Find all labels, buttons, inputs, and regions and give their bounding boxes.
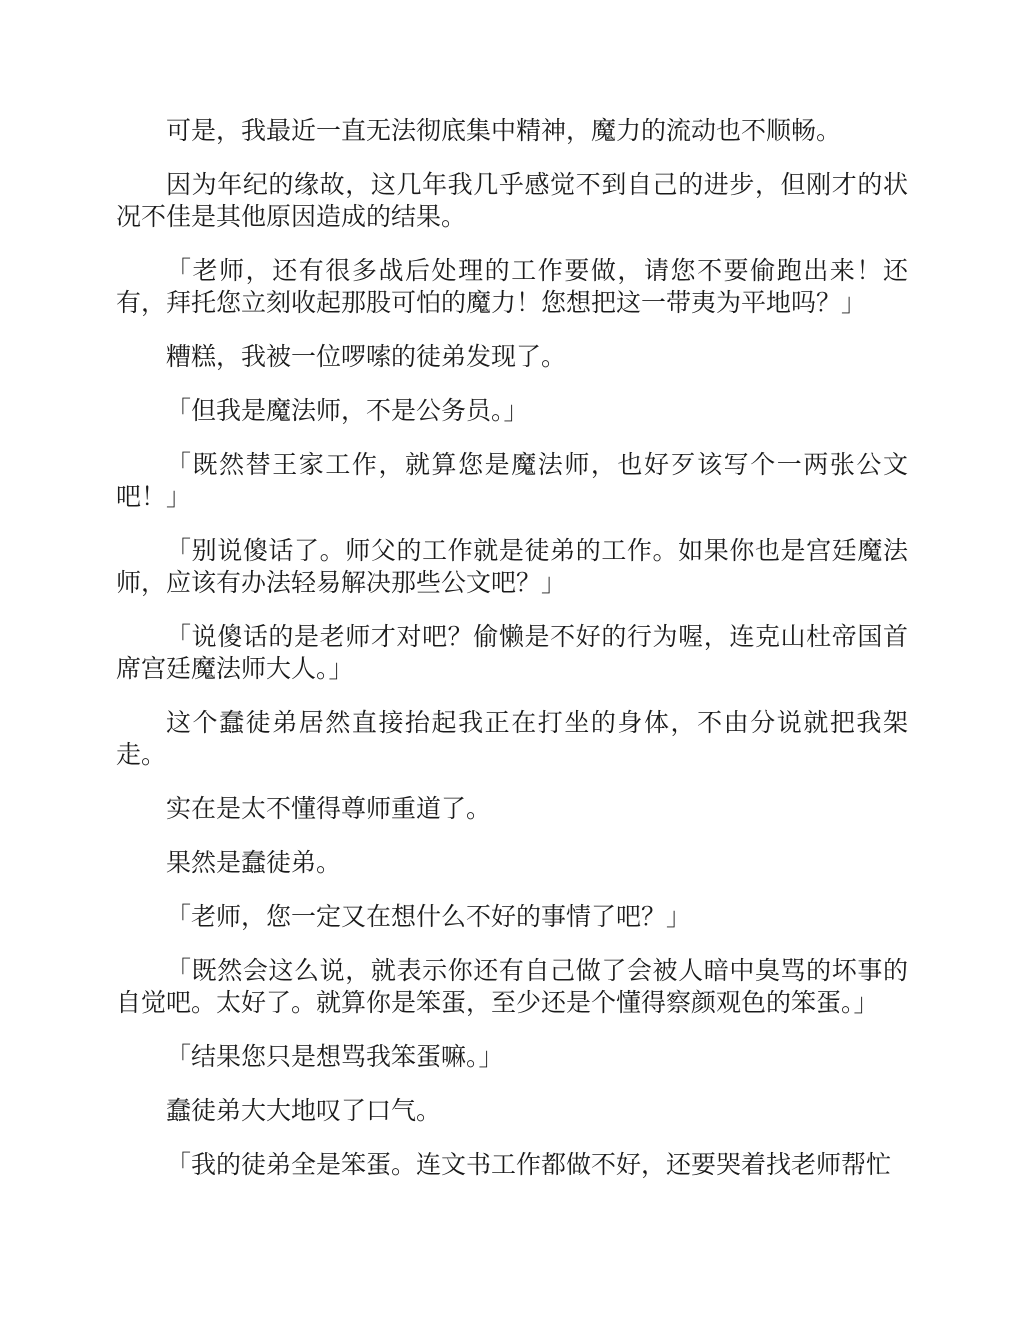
novel-page: 可是，我最近一直无法彻底集中精神，魔力的流动也不顺畅。因为年纪的缘故，这几年我几… [0,0,1020,1320]
paragraph: 可是，我最近一直无法彻底集中精神，魔力的流动也不顺畅。 [116,116,908,148]
paragraph: 因为年纪的缘故，这几年我几乎感觉不到自己的进步，但刚才的状况不佳是其他原因造成的… [116,170,908,234]
paragraph: 实在是太不懂得尊师重道了。 [116,794,908,826]
paragraph: 糟糕，我被一位啰嗦的徒弟发现了。 [116,342,908,374]
paragraph: 「结果您只是想骂我笨蛋嘛。」 [116,1042,908,1074]
paragraph: 「既然会这么说，就表示你还有自己做了会被人暗中臭骂的坏事的自觉吧。太好了。就算你… [116,956,908,1020]
paragraph: 「既然替王家工作，就算您是魔法师，也好歹该写个一两张公文吧！」 [116,450,908,514]
paragraph: 果然是蠢徒弟。 [116,848,908,880]
paragraph: 「但我是魔法师，不是公务员。」 [116,396,908,428]
paragraph: 「别说傻话了。师父的工作就是徒弟的工作。如果你也是宫廷魔法师，应该有办法轻易解决… [116,536,908,600]
paragraph: 「老师，还有很多战后处理的工作要做，请您不要偷跑出来！还有，拜托您立刻收起那股可… [116,256,908,320]
paragraph: 「老师，您一定又在想什么不好的事情了吧？」 [116,902,908,934]
paragraph: 「我的徒弟全是笨蛋。连文书工作都做不好，还要哭着找老师帮忙 [116,1150,908,1182]
paragraph: 蠢徒弟大大地叹了口气。 [116,1096,908,1128]
paragraph: 「说傻话的是老师才对吧？偷懒是不好的行为喔，连克山杜帝国首席宫廷魔法师大人。」 [116,622,908,686]
paragraph: 这个蠢徒弟居然直接抬起我正在打坐的身体，不由分说就把我架走。 [116,708,908,772]
text-content: 可是，我最近一直无法彻底集中精神，魔力的流动也不顺畅。因为年纪的缘故，这几年我几… [116,116,908,1182]
